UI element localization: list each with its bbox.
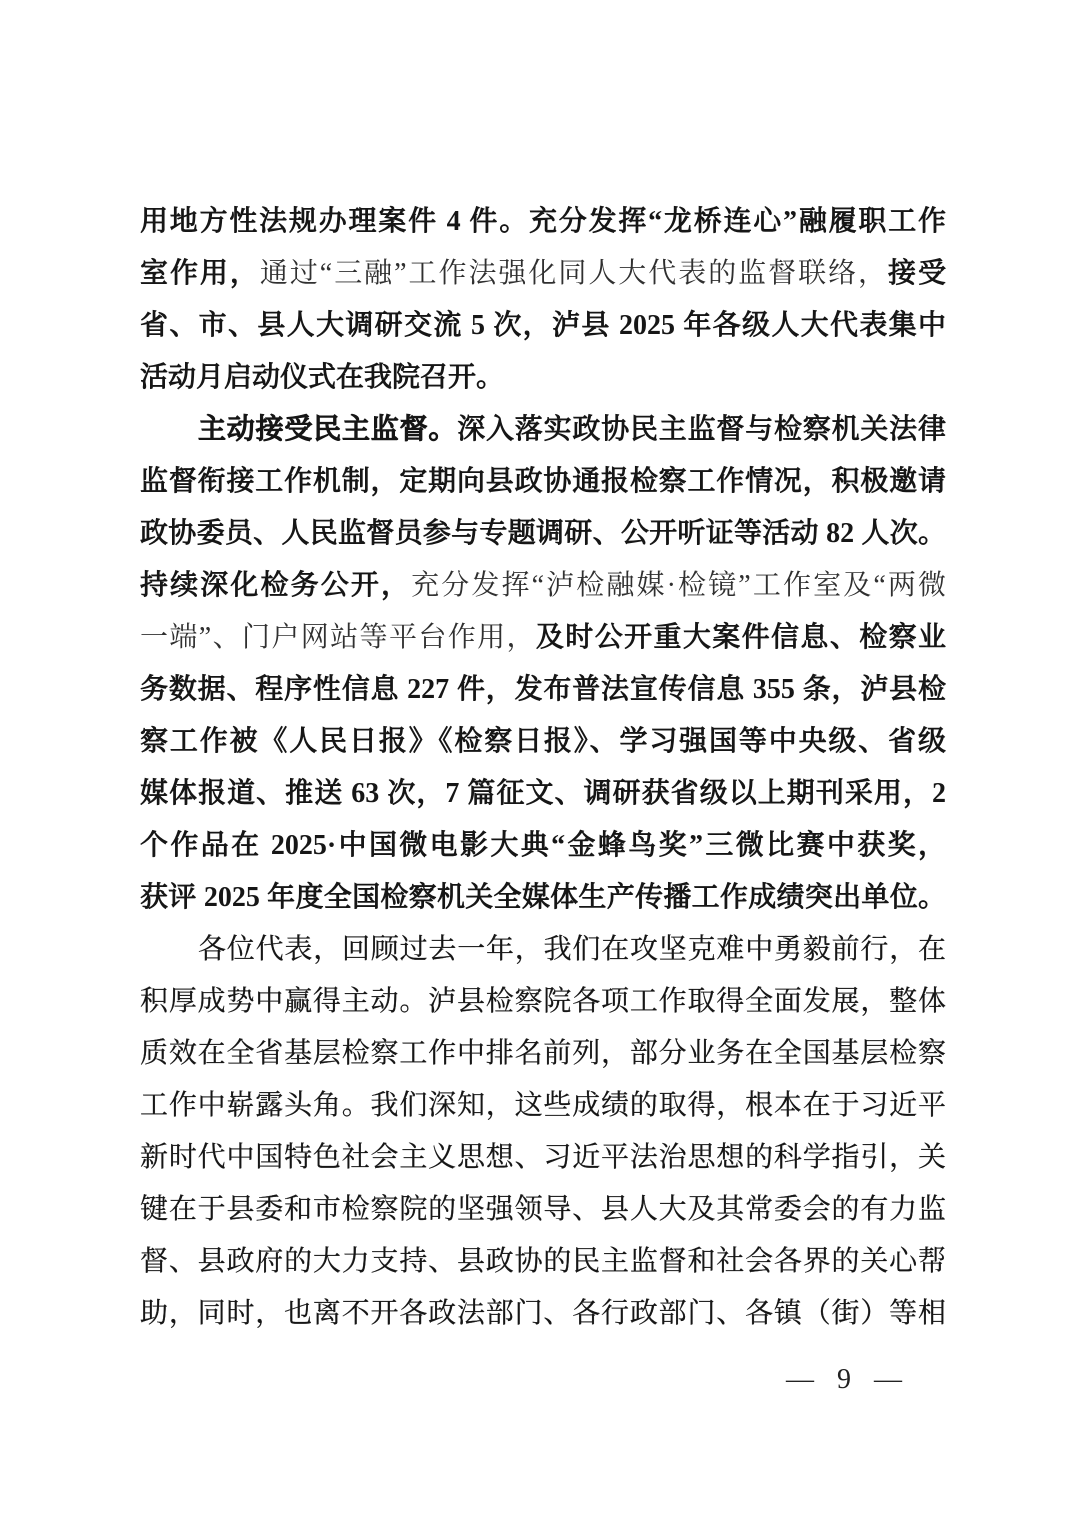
text-run-light: 一端”、门户网站等平台作用， xyxy=(140,622,536,653)
text-line: 获评 2025 年度全国检察机关全媒体生产传播工作成绩突出单位。 xyxy=(140,872,946,924)
text-run-bold: 用地方性法规办理案件 4 件。充分发挥“龙桥连心”融履职工作 xyxy=(140,206,946,237)
text-run-bold: 接受 xyxy=(888,258,946,289)
text-run-med: 质效在全省基层检察工作中排名前列，部分业务在全国基层检察 xyxy=(140,1038,946,1069)
text-run-bold: 室作用， xyxy=(140,258,260,289)
text-line: 助，同时，也离不开各政法部门、各行政部门、各镇（街）等相 xyxy=(140,1288,946,1340)
text-line: 监督衔接工作机制，定期向县政协通报检察工作情况，积极邀请 xyxy=(140,456,946,508)
text-line: 工作中崭露头角。我们深知，这些成绩的取得，根本在于习近平 xyxy=(140,1080,946,1132)
text-line: 政协委员、人民监督员参与专题调研、公开听证等活动 82 人次。 xyxy=(140,508,946,560)
text-run-med: 各位代表，回顾过去一年，我们在攻坚克难中勇毅前行，在 xyxy=(198,934,946,965)
text-line: 活动月启动仪式在我院召开。 xyxy=(140,352,946,404)
page-number: — 9 — xyxy=(786,1360,910,1400)
text-run-bold: 个作品在 2025·中国微电影大典“金蜂鸟奖”三微比赛中获奖， xyxy=(140,830,946,861)
text-line: 务数据、程序性信息 227 件，发布普法宣传信息 355 条，泸县检 xyxy=(140,664,946,716)
text-run-bold: 务数据、程序性信息 227 件，发布普法宣传信息 355 条，泸县检 xyxy=(140,674,946,705)
text-line: 室作用，通过“三融”工作法强化同人大代表的监督联络，接受 xyxy=(140,248,946,300)
text-run-bold: 政协委员、人民监督员参与专题调研、公开听证等活动 82 人次。 xyxy=(140,518,946,549)
text-line: 省、市、县人大调研交流 5 次，泸县 2025 年各级人大代表集中 xyxy=(140,300,946,352)
text-line: 个作品在 2025·中国微电影大典“金蜂鸟奖”三微比赛中获奖， xyxy=(140,820,946,872)
text-line: 察工作被《人民日报》《检察日报》、学习强国等中央级、省级 xyxy=(140,716,946,768)
text-run-bold: 获评 2025 年度全国检察机关全媒体生产传播工作成绩突出单位。 xyxy=(140,882,946,913)
text-line: 积厚成势中赢得主动。泸县检察院各项工作取得全面发展，整体 xyxy=(140,976,946,1028)
text-run-light: 通过“三融”工作法强化同人大代表的监督联络， xyxy=(260,258,888,289)
text-run-med: 督、县政府的大力支持、县政协的民主监督和社会各界的关心帮 xyxy=(140,1246,946,1277)
text-line: 新时代中国特色社会主义思想、习近平法治思想的科学指引，关 xyxy=(140,1132,946,1184)
text-line: 持续深化检务公开，充分发挥“泸检融媒·检镜”工作室及“两微 xyxy=(140,560,946,612)
text-run-med: 工作中崭露头角。我们深知，这些成绩的取得，根本在于习近平 xyxy=(140,1090,946,1121)
report-body-text: 用地方性法规办理案件 4 件。充分发挥“龙桥连心”融履职工作室作用，通过“三融”… xyxy=(140,196,946,1340)
text-line: 督、县政府的大力支持、县政协的民主监督和社会各界的关心帮 xyxy=(140,1236,946,1288)
text-run-bold: 省、市、县人大调研交流 5 次，泸县 2025 年各级人大代表集中 xyxy=(140,310,946,341)
text-line: 一端”、门户网站等平台作用，及时公开重大案件信息、检察业 xyxy=(140,612,946,664)
text-line: 媒体报道、推送 63 次，7 篇征文、调研获省级以上期刊采用，2 xyxy=(140,768,946,820)
text-line: 用地方性法规办理案件 4 件。充分发挥“龙桥连心”融履职工作 xyxy=(140,196,946,248)
text-line: 质效在全省基层检察工作中排名前列，部分业务在全国基层检察 xyxy=(140,1028,946,1080)
text-run-light: 充分发挥“泸检融媒·检镜”工作室及“两微 xyxy=(411,570,946,601)
text-run-bold: 监督衔接工作机制，定期向县政协通报检察工作情况，积极邀请 xyxy=(140,466,946,497)
text-run-med: 新时代中国特色社会主义思想、习近平法治思想的科学指引，关 xyxy=(140,1142,946,1173)
text-line: 主动接受民主监督。深入落实政协民主监督与检察机关法律 xyxy=(140,404,946,456)
text-run-med: 助，同时，也离不开各政法部门、各行政部门、各镇（街）等相 xyxy=(140,1298,946,1329)
text-run-bold: 持续深化检务公开， xyxy=(140,570,411,601)
text-run-bold: 媒体报道、推送 63 次，7 篇征文、调研获省级以上期刊采用，2 xyxy=(140,778,946,809)
text-line: 键在于县委和市检察院的坚强领导、县人大及其常委会的有力监 xyxy=(140,1184,946,1236)
text-line: 各位代表，回顾过去一年，我们在攻坚克难中勇毅前行，在 xyxy=(140,924,946,976)
text-run-bold: 活动月启动仪式在我院召开。 xyxy=(140,362,504,393)
text-run-lead: 主动接受民主监督。 xyxy=(198,414,457,445)
text-run-med: 积厚成势中赢得主动。泸县检察院各项工作取得全面发展，整体 xyxy=(140,986,946,1017)
text-run-med: 键在于县委和市检察院的坚强领导、县人大及其常委会的有力监 xyxy=(140,1194,946,1225)
text-run-bold: 及时公开重大案件信息、检察业 xyxy=(536,622,946,653)
text-run-bold: 深入落实政协民主监督与检察机关法律 xyxy=(457,414,946,445)
document-page: 用地方性法规办理案件 4 件。充分发挥“龙桥连心”融履职工作室作用，通过“三融”… xyxy=(0,0,1074,1520)
text-run-bold: 察工作被《人民日报》《检察日报》、学习强国等中央级、省级 xyxy=(140,726,946,757)
